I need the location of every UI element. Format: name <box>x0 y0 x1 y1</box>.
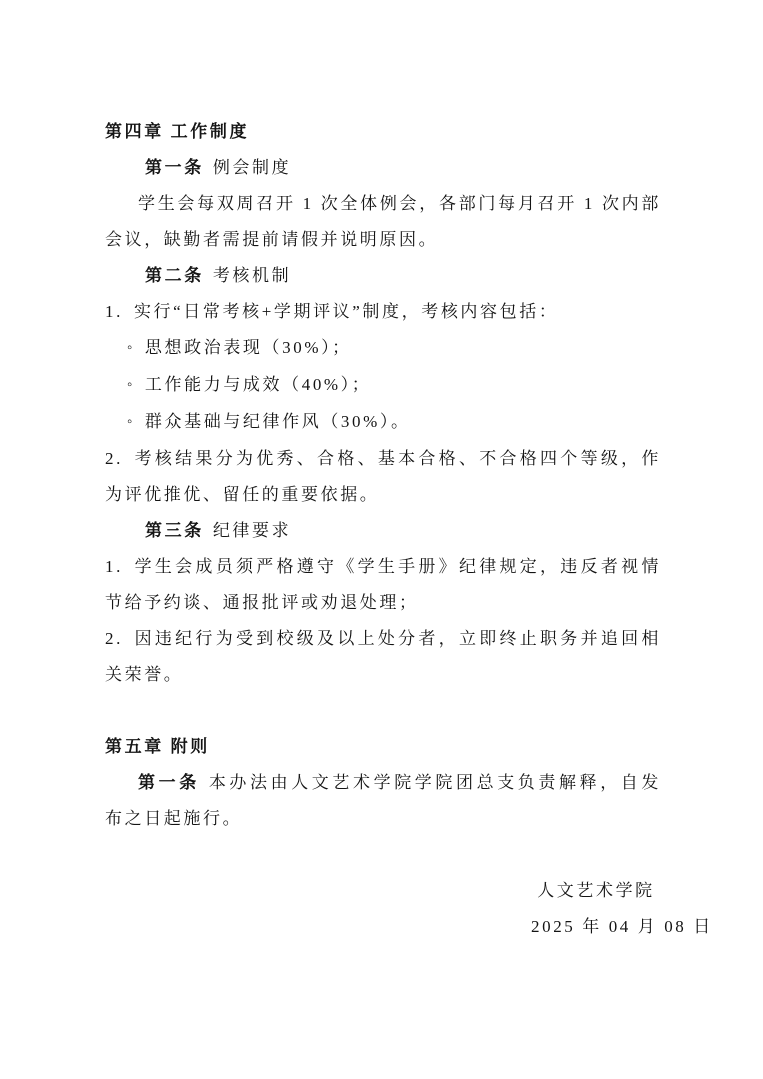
paragraph-line: 布之日起施行。 <box>105 801 661 837</box>
document-page: 第四章 工作制度 第一条例会制度 学生会每双周召开 1 次全体例会，各部门每月召… <box>0 0 763 1079</box>
numbered-item-line: 1.实行“日常考核+学期评议”制度，考核内容包括： <box>105 294 661 330</box>
bullet-item-text: 思想政治表现（30%）； <box>145 338 352 357</box>
bullet-item: ◦思想政治表现（30%）； <box>105 330 661 367</box>
numbered-item-line: 2.考核结果分为优秀、合格、基本合格、不合格四个等级，作 <box>105 441 661 477</box>
article-1-label: 第一条 <box>145 158 204 177</box>
list-item-text: 因违纪行为受到校级及以上处分者，立即终止职务并追回相 <box>134 629 661 648</box>
chapter-4-heading: 第四章 工作制度 <box>105 114 661 150</box>
blank-line <box>105 693 661 729</box>
article-label: 第一条 <box>138 773 200 792</box>
bullet-icon: ◦ <box>127 367 135 403</box>
paragraph-line: 会议，缺勤者需提前请假并说明原因。 <box>105 222 661 258</box>
chapter-5-heading: 第五章 附则 <box>105 729 661 765</box>
list-item-text: 考核结果分为优秀、合格、基本合格、不合格四个等级，作 <box>134 449 661 468</box>
list-item-text: 实行“日常考核+学期评议”制度，考核内容包括： <box>134 302 558 321</box>
article-2-label: 第二条 <box>145 266 204 285</box>
numbered-item-line: 1.学生会成员须严格遵守《学生手册》纪律规定，违反者视情 <box>105 549 661 585</box>
list-number: 1. <box>105 302 123 321</box>
paragraph-line: 为评优推优、留任的重要依据。 <box>105 477 661 513</box>
article-line: 第一条本办法由人文艺术学院学院团总支负责解释，自发 <box>105 765 661 801</box>
bullet-icon: ◦ <box>127 330 135 366</box>
bullet-item-text: 工作能力与成效（40%）； <box>145 375 371 394</box>
article-2-title: 考核机制 <box>213 266 291 285</box>
article-3-heading: 第三条纪律要求 <box>105 513 661 549</box>
paragraph-line: 节给予约谈、通报批评或劝退处理； <box>105 585 661 621</box>
article-1-title: 例会制度 <box>213 158 291 177</box>
article-1-heading: 第一条例会制度 <box>105 150 661 186</box>
list-number: 1. <box>105 557 123 576</box>
paragraph-line: 关荣誉。 <box>105 657 661 693</box>
list-number: 2. <box>105 629 123 648</box>
list-item-text: 学生会成员须严格遵守《学生手册》纪律规定，违反者视情 <box>134 557 661 576</box>
article-3-title: 纪律要求 <box>213 521 291 540</box>
signature-org: 人文艺术学院 <box>531 873 661 909</box>
paragraph-line: 学生会每双周召开 1 次全体例会，各部门每月召开 1 次内部 <box>105 186 661 222</box>
article-3-label: 第三条 <box>145 521 204 540</box>
list-number: 2. <box>105 449 123 468</box>
signature-date: 2025 年 04 月 08 日 <box>531 909 661 945</box>
blank-line <box>105 837 661 873</box>
article-text: 本办法由人文艺术学院学院团总支负责解释，自发 <box>209 773 661 792</box>
numbered-item-line: 2.因违纪行为受到校级及以上处分者，立即终止职务并追回相 <box>105 621 661 657</box>
signature-block: 人文艺术学院 2025 年 04 月 08 日 <box>531 873 661 945</box>
bullet-item: ◦群众基础与纪律作风（30%）。 <box>105 404 661 441</box>
bullet-icon: ◦ <box>127 404 135 440</box>
article-2-heading: 第二条考核机制 <box>105 258 661 294</box>
bullet-item-text: 群众基础与纪律作风（30%）。 <box>145 412 411 431</box>
bullet-item: ◦工作能力与成效（40%）； <box>105 367 661 404</box>
